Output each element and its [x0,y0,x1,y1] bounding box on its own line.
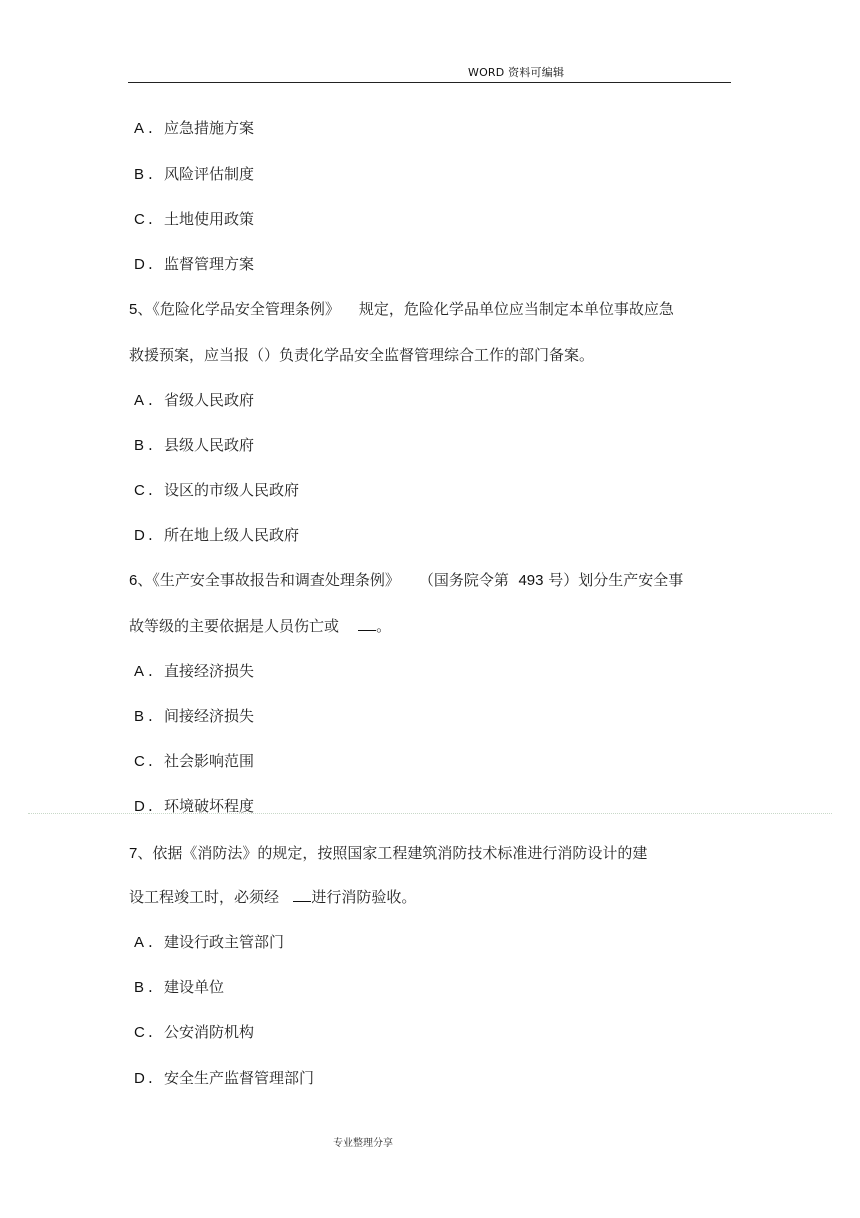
answer-blank [293,887,311,902]
option-item: C.社会影响范围 [134,751,254,772]
question-stem-line: 5、《危险化学品安全管理条例》 规定，危险化学品单位应当制定本单位事故应急 [129,299,674,320]
option-item: C.公安消防机构 [134,1022,254,1043]
option-text: 社会影响范围 [164,752,254,770]
option-text: 设区的市级人民政府 [164,481,299,499]
option-text: 建设行政主管部门 [164,933,284,951]
option-item: A.应急措施方案 [134,118,254,139]
option-text: 风险评估制度 [164,165,254,183]
option-item: D.监督管理方案 [134,254,254,275]
option-item: A.直接经济损失 [134,661,254,682]
page-break-divider [28,813,832,814]
option-text: 间接经济损失 [164,707,254,725]
question-stem-line: 救援预案，应当报（）负责化学品安全监督管理综合工作的部门备案。 [129,345,594,365]
answer-blank [358,616,376,631]
option-text: 建设单位 [164,978,224,996]
option-item: B.建设单位 [134,977,224,998]
option-text: 直接经济损失 [164,662,254,680]
option-item: C.土地使用政策 [134,209,254,230]
option-item: D.安全生产监督管理部门 [134,1068,314,1089]
option-text: 应急措施方案 [164,119,254,137]
option-item: C.设区的市级人民政府 [134,480,299,501]
header-text: WORD 资料可编辑 [468,64,564,80]
option-text: 省级人民政府 [164,391,254,409]
question-stem-line: 7、依据《消防法》的规定，按照国家工程建筑消防技术标准进行消防设计的建 [129,843,647,864]
option-text: 土地使用政策 [164,210,254,228]
option-item: B.间接经济损失 [134,706,254,727]
option-item: B.县级人民政府 [134,435,254,456]
option-text: 监督管理方案 [164,255,254,273]
option-text: 公安消防机构 [164,1023,254,1041]
page-footer: 专业整理分享 [333,1134,393,1149]
question-stem-line: 设工程竣工时，必须经 进行消防验收。 [129,887,416,907]
option-text: 县级人民政府 [164,436,254,454]
option-item: D.所在地上级人民政府 [134,525,299,546]
option-item: A.省级人民政府 [134,390,254,411]
question-stem-line: 故等级的主要依据是人员伤亡或 。 [129,616,391,636]
option-text: 所在地上级人民政府 [164,526,299,544]
question-stem-line: 6、《生产安全事故报告和调查处理条例》 （国务院令第 493 号）划分生产安全事 [129,570,683,591]
option-item: A.建设行政主管部门 [134,932,284,953]
header-rule [128,82,731,83]
option-item: B.风险评估制度 [134,164,254,185]
option-text: 安全生产监督管理部门 [164,1069,314,1087]
